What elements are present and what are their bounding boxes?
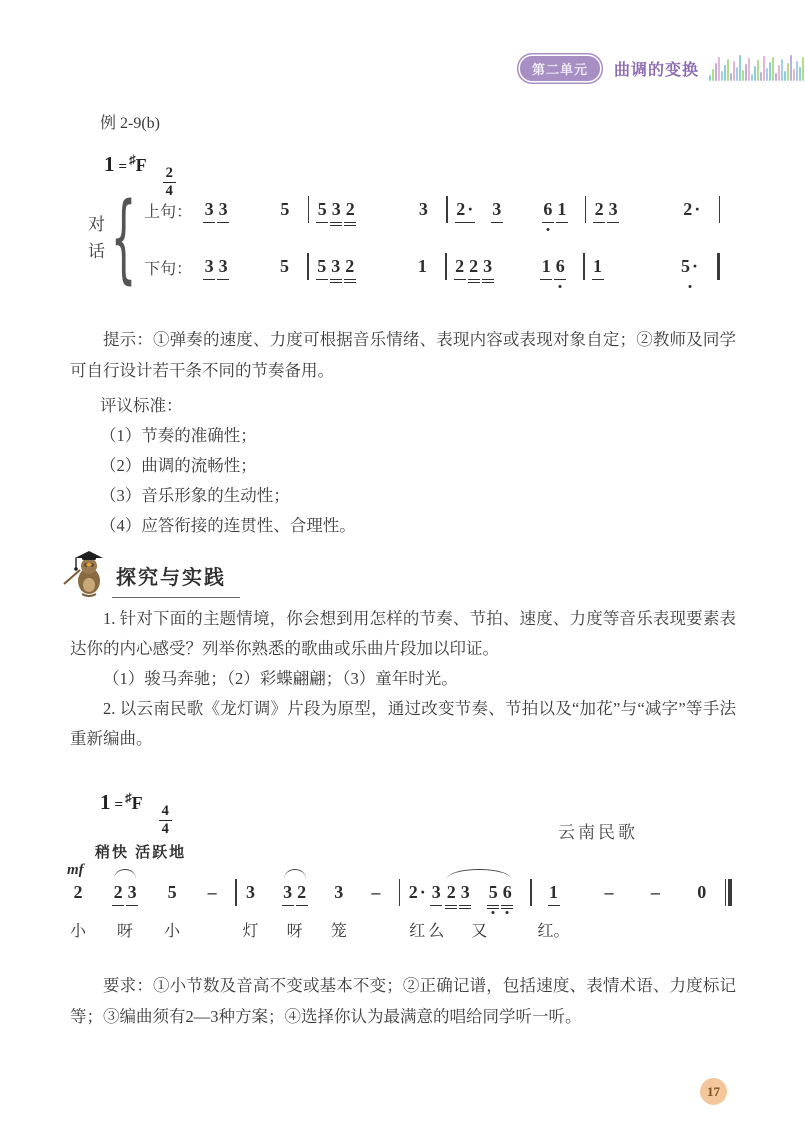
example-label: 例 2-9(b) <box>100 110 160 133</box>
note: 2 <box>453 255 467 277</box>
lyric: 红。 <box>538 918 570 941</box>
note: 3 <box>244 881 258 903</box>
meter-bottom: 4 <box>159 821 172 837</box>
key-tonic: F <box>136 155 147 175</box>
meter-top: 4 <box>159 804 172 821</box>
octave-dot-below <box>492 911 495 914</box>
note: 5 <box>278 198 292 220</box>
key-do: 1 <box>104 152 115 176</box>
note: 3 <box>216 198 230 220</box>
note: 1 <box>555 198 569 220</box>
note: 2 <box>592 198 606 220</box>
note: 3 <box>329 255 343 277</box>
note: 1 <box>415 255 429 277</box>
measure: 5321 <box>309 255 446 277</box>
note: 1 <box>539 255 553 277</box>
beat-group: 5· <box>679 255 701 277</box>
note: 3 <box>416 198 430 220</box>
note: – <box>648 881 662 903</box>
criteria-item-1: （1）节奏的准确性； <box>100 421 736 451</box>
task-2: 2. 以云南民歌《龙灯调》片段为原型，通过改变节奏、节拍以及“加花”与“减字”等… <box>70 694 736 754</box>
lyric: 红 <box>409 918 425 941</box>
key-equals: = <box>115 797 124 813</box>
measure: 335 <box>196 198 308 220</box>
note: 2 <box>295 881 309 903</box>
soundwave-decoration-icon <box>709 55 805 81</box>
key-do: 1 <box>100 790 111 814</box>
lyric: 灯 <box>243 918 259 941</box>
beat-group: 1红。 <box>538 881 570 941</box>
upper-phrase-line: 上句：33553232·361232· <box>144 198 720 223</box>
measure: 335 <box>196 255 307 277</box>
time-signature: 44 <box>159 804 172 837</box>
beat-group: 2· <box>681 198 703 220</box>
task-1-items: （1）骏马奔驰；（2）彩蝶翩翩；（3）童年时光。 <box>70 664 736 694</box>
lyric: 又 <box>471 918 487 941</box>
note: 1 <box>547 881 561 903</box>
beat-group: 33 <box>202 255 230 277</box>
key-signature-2: 1=♯F44 <box>100 790 172 837</box>
note: 5 <box>315 255 329 277</box>
measure: mf2小23呀5小– <box>64 881 235 941</box>
note: 6 <box>553 255 567 277</box>
beat-group: 223 <box>453 255 495 277</box>
beat-group: 3灯 <box>243 881 259 941</box>
beat-group: 0 <box>695 881 709 941</box>
beat-group: 5 <box>278 198 292 220</box>
note: 6 <box>541 198 555 220</box>
tip-paragraph: 提示：①弹奏的速度、力度可根据音乐情绪、表现内容或表现对象自定；②教师及同学可自… <box>70 324 736 386</box>
note: 5 <box>277 255 291 277</box>
beat-group: 532 <box>315 255 357 277</box>
measure: 232· <box>586 198 719 220</box>
octave-dot-below <box>559 285 562 288</box>
barline <box>725 879 726 906</box>
beat-group: – <box>648 881 662 941</box>
note: 3 <box>490 198 504 220</box>
note: – <box>205 881 219 903</box>
dot-after: · <box>692 256 698 276</box>
beat-group: 23 <box>592 198 620 220</box>
unit-title: 曲调的变换 <box>614 57 699 80</box>
requirements-paragraph: 要求：①小节数及音高不变或基本不变；②正确记谱，包括速度、表情术语、力度标记等；… <box>70 970 736 1032</box>
dialog-char-2: 话 <box>88 238 105 265</box>
brace-icon: { <box>111 192 137 284</box>
criteria-item-2: （2）曲调的流畅性； <box>100 451 736 481</box>
measure: 1红。––0 <box>532 881 725 941</box>
lyric: 小 <box>70 918 86 941</box>
beat-group: 33 <box>202 198 230 220</box>
note: 2 <box>444 881 458 903</box>
beat-group: 23呀 <box>111 881 139 941</box>
textbook-page: 第二单元 曲调的变换 例 2-9(b) 1=♯F24 对 话 { 上句：3355… <box>0 0 805 1145</box>
beat-group: – <box>369 881 383 941</box>
beat-group: 1 <box>591 255 605 277</box>
note: 3 <box>281 881 295 903</box>
task-1: 1. 针对下面的主题情境，你会想到用怎样的节奏、节拍、速度、力度等音乐表现要素表… <box>70 604 736 664</box>
song-source: 云南民歌 <box>558 818 638 843</box>
note: 3 <box>606 198 620 220</box>
note: 3 <box>329 198 343 220</box>
beat-group: 5 <box>277 255 291 277</box>
beat-group: 3么 <box>428 881 444 941</box>
measure: 22316 <box>447 255 584 277</box>
note: 5 <box>486 881 500 903</box>
measure: 2·红3么2356又 <box>400 881 530 941</box>
note: 2 <box>71 881 85 903</box>
slur <box>114 869 136 879</box>
dynamic-marking: mf <box>67 862 84 879</box>
note: 3 <box>332 881 346 903</box>
double-barline <box>725 881 732 906</box>
beat-group: 3笼 <box>331 881 347 941</box>
scholar-bird-icon <box>62 548 110 598</box>
note: 0 <box>695 881 709 903</box>
dialog-char-1: 对 <box>88 211 105 238</box>
meter-top: 2 <box>163 166 176 183</box>
phrase-label: 下句： <box>144 255 192 279</box>
final-barline <box>728 879 732 906</box>
beat-group: 16 <box>539 255 567 277</box>
tasks-block: 1. 针对下面的主题情境，你会想到用怎样的节奏、节拍、速度、力度等音乐表现要素表… <box>70 604 736 754</box>
dot-after: · <box>694 199 700 219</box>
note: 5 <box>165 881 179 903</box>
slur <box>447 869 511 879</box>
unit-badge: 第二单元 <box>520 56 600 81</box>
note: 3 <box>125 881 139 903</box>
sharp-icon: ♯ <box>125 790 132 805</box>
key-tonic: F <box>132 793 143 813</box>
octave-dot-below <box>688 285 691 288</box>
note: – <box>369 881 383 903</box>
lyric: 小 <box>164 918 180 941</box>
note: 3 <box>202 255 216 277</box>
dot-after: · <box>420 882 426 902</box>
criteria-item-4: （4）应答衔接的连贯性、合理性。 <box>100 511 736 541</box>
dot-after: · <box>467 199 473 219</box>
note: 5 <box>315 198 329 220</box>
octave-dot-below <box>506 911 509 914</box>
note: 2· <box>681 198 703 220</box>
beat-group: – <box>205 881 219 941</box>
slur <box>284 869 306 879</box>
beat-group: 32呀 <box>281 881 309 941</box>
criteria-block: 评议标准： （1）节奏的准确性； （2）曲调的流畅性； （3）音乐形象的生动性；… <box>70 391 736 541</box>
section-header: 探究与实践 <box>62 548 240 598</box>
beat-group: 2·3 <box>454 198 504 220</box>
note: 2 <box>343 198 357 220</box>
note: 6 <box>500 881 514 903</box>
barline <box>719 196 720 223</box>
note: 2· <box>454 198 476 220</box>
octave-dot-below <box>546 228 549 231</box>
note: 1 <box>591 255 605 277</box>
dialog-label: 对 话 <box>88 211 105 265</box>
lyric: 呀 <box>117 918 133 941</box>
beat-group: 1 <box>415 255 429 277</box>
lyric: 笼 <box>331 918 347 941</box>
note: 3 <box>458 881 472 903</box>
measure: 2·361 <box>448 198 585 220</box>
lower-phrase-line: 下句：33553212231615· <box>144 255 720 280</box>
note: 3 <box>429 881 443 903</box>
note: – <box>602 881 616 903</box>
beat-group: 3 <box>416 198 430 220</box>
final-barline <box>717 253 721 280</box>
lyric: 呀 <box>287 918 303 941</box>
beat-group: 2·红 <box>406 881 428 941</box>
sharp-icon: ♯ <box>129 152 136 167</box>
beat-group: 5小 <box>164 881 180 941</box>
page-header: 第二单元 曲调的变换 <box>520 54 805 82</box>
criteria-title: 评议标准： <box>100 391 736 421</box>
measure: 15· <box>585 255 717 277</box>
page-number-badge: 17 <box>700 1078 727 1105</box>
note: 3 <box>216 255 230 277</box>
beat-group: 532 <box>315 198 357 220</box>
dialog-lines: 上句：33553232·361232· 下句：33553212231615· <box>144 196 720 280</box>
note: 3 <box>481 255 495 277</box>
folk-song-score: mf2小23呀5小–3灯32呀3笼–2·红3么2356又1红。––0 <box>64 881 732 941</box>
beat-group: – <box>602 881 616 941</box>
measure: 3灯32呀3笼– <box>237 881 399 941</box>
beat-group: mf2小 <box>70 881 86 941</box>
beat-group: 2356又 <box>444 881 514 941</box>
beat-group: 61 <box>541 198 569 220</box>
criteria-item-3: （3）音乐形象的生动性； <box>100 481 736 511</box>
note: 5· <box>679 255 701 277</box>
note: 3 <box>202 198 216 220</box>
key-equals: = <box>119 159 128 175</box>
note: 2 <box>111 881 125 903</box>
tempo-marking: 稍快 活跃地 <box>95 841 186 862</box>
dialog-score: 对 话 { 上句：33553232·361232· 下句：33553212231… <box>88 192 720 284</box>
note: 2 <box>343 255 357 277</box>
note: 2· <box>406 881 428 903</box>
measure: 5323 <box>309 198 446 220</box>
note: 2 <box>467 255 481 277</box>
phrase-label: 上句： <box>144 198 192 222</box>
section-title: 探究与实践 <box>112 561 240 598</box>
lyric: 么 <box>428 918 444 941</box>
